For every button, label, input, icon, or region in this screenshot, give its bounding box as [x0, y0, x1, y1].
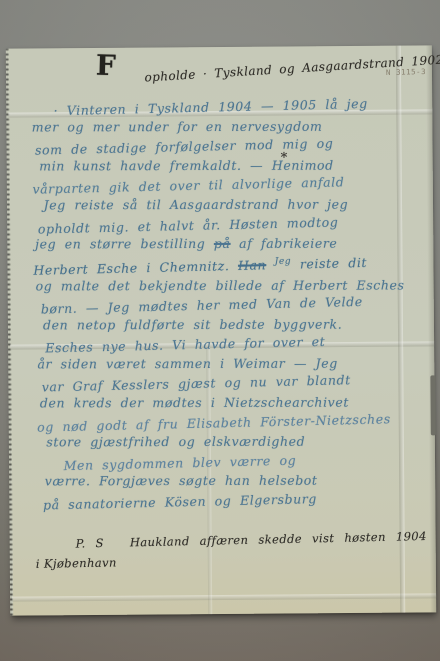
postscript-row: P. SHaukland affæren skedde vist høsten … — [76, 529, 426, 551]
body-lines: · Vinteren i Tyskland 1904 — 1905 lå jeg… — [31, 95, 436, 513]
postscript-line2: i Kjøbenhavn — [36, 555, 117, 570]
header-annotation: Fopholde · Tyskland og Aasgaardstrand 19… — [96, 49, 426, 80]
postscript-label: P. S — [76, 536, 105, 551]
letter-page: N 3115-3 Fopholde · Tyskland og Aasgaard… — [8, 45, 436, 615]
postscript-line1: Haukland affæren skedde vist høsten 1904 — [130, 529, 427, 549]
header-title-text: opholde · Tyskland og Aasgaardstrand 190… — [144, 50, 440, 85]
fold-crease-horizontal-bottom — [12, 593, 436, 601]
photo-background: N 3115-3 Fopholde · Tyskland og Aasgaard… — [0, 0, 440, 661]
header-initial-letter: F — [96, 52, 117, 81]
